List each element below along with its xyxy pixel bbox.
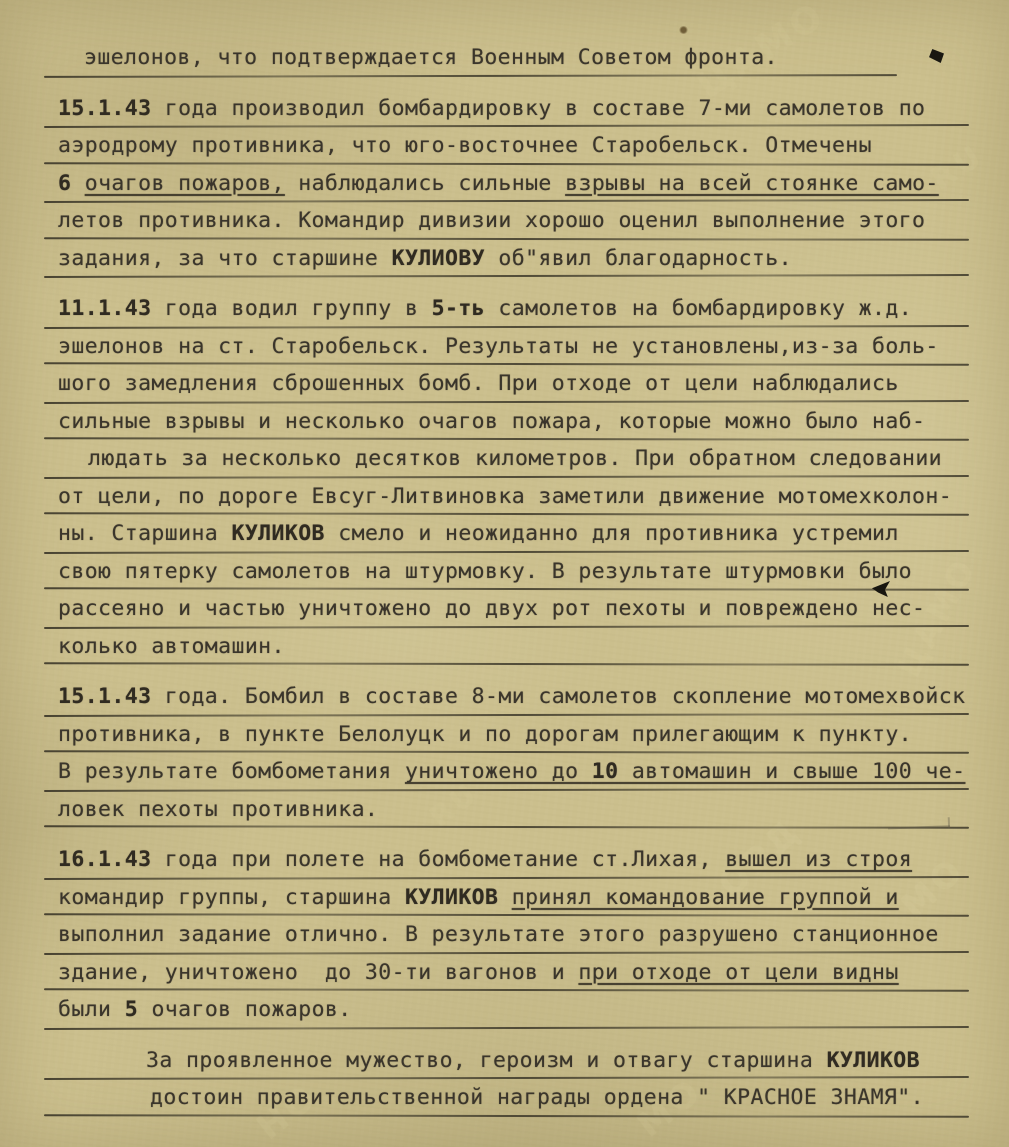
text-line: сильные взрывы и несколько очагов пожара… <box>58 406 967 444</box>
text-line: За проявленное мужество, героизм и отваг… <box>58 1045 967 1083</box>
text-segment: КУЛИКОВ <box>231 521 324 546</box>
text-segment: колько автомашин. <box>58 634 285 659</box>
text-segment: наблюдались сильные <box>285 171 565 196</box>
text-segment: 15.1.43 <box>58 684 151 709</box>
text-line: выполнил задание отлично. В результате э… <box>58 919 967 957</box>
text-line: 6 очагов пожаров, наблюдались сильные вз… <box>58 168 967 206</box>
text-segment: уничтожено до <box>405 759 592 784</box>
text-segment: шого замедления сброшенных бомб. При отх… <box>58 371 899 396</box>
text-segment: взрывы на всей стоянке само- <box>565 171 939 196</box>
text-segment: В результате бомбометания <box>58 759 405 784</box>
text-line: эшелонов, что подтверждается Военным Сов… <box>58 42 967 80</box>
text-segment: рассеяно и частью уничтожено до двух рот… <box>58 596 925 621</box>
text-line: 15.1.43 года. Бомбил в составе 8-ми само… <box>58 681 967 719</box>
text-line: были 5 очагов пожаров. <box>58 994 967 1032</box>
text-line: свою пятерку самолетов на штурмовку. В р… <box>58 556 967 594</box>
text-line: задания, за что старшине КУЛИОВУ об"явил… <box>58 243 967 281</box>
text-segment: автомашин и свыше 100 че- <box>618 759 965 784</box>
text-line: достоин правительственной награды ордена… <box>58 1082 967 1120</box>
text-segment: 5-ть <box>432 296 485 321</box>
text-segment: 5 <box>125 997 138 1022</box>
text-segment: КУЛИКОВ <box>827 1048 920 1073</box>
text-segment: сильные взрывы и несколько очагов пожара… <box>58 409 925 434</box>
text-segment: За проявленное мужество, героизм и отваг… <box>146 1048 827 1073</box>
text-line: командир группы, старшина КУЛИКОВ принял… <box>58 882 967 920</box>
text-segment <box>71 171 84 196</box>
text-segment: аэродрому противника, что юго-восточнее … <box>58 133 872 158</box>
text-line: 15.1.43 года производил бомбардировку в … <box>58 93 967 131</box>
text-segment: при отходе от цели видны <box>578 960 898 985</box>
text-line: летов противника. Командир дивизии хорош… <box>58 205 967 243</box>
text-segment: были <box>58 997 125 1022</box>
text-segment: эшелонов на ст. Старобельск. Результаты … <box>58 334 939 359</box>
text-segment: года водил группу в <box>151 296 431 321</box>
text-segment: КУЛИОВУ <box>392 246 485 271</box>
paragraph: эшелонов, что подтверждается Военным Сов… <box>58 42 967 80</box>
text-line: ловек пехоты противника. <box>58 794 967 832</box>
text-segment: задания, за что старшине <box>58 246 392 271</box>
text-segment: летов противника. Командир дивизии хорош… <box>58 208 925 233</box>
text-segment: выполнил задание отлично. В результате э… <box>58 922 939 947</box>
text-segment: ны. Старшина <box>58 521 231 546</box>
text-segment: об"явил благодарность. <box>485 246 792 271</box>
text-segment: людать за несколько десятков километров.… <box>88 446 942 471</box>
text-line: людать за несколько десятков километров.… <box>58 443 967 481</box>
text-segment: эшелонов, что подтверждается Военным Сов… <box>84 45 778 70</box>
text-segment: ловек пехоты противника. <box>58 797 378 822</box>
text-segment: 16.1.43 <box>58 847 151 872</box>
text-segment: очагов пожаров. <box>138 997 352 1022</box>
text-segment: очагов пожаров, <box>85 171 285 196</box>
text-line: ны. Старшина КУЛИКОВ смело и неожиданно … <box>58 518 967 556</box>
text-segment: здание, уничтожено до 30-ти вагонов и <box>58 960 578 985</box>
text-segment: года при полете на бомбометание ст.Лихая… <box>151 847 725 872</box>
text-line: шого замедления сброшенных бомб. При отх… <box>58 368 967 406</box>
text-line: В результате бомбометания уничтожено до … <box>58 756 967 794</box>
text-segment <box>498 885 511 910</box>
text-segment: командир группы, старшина <box>58 885 405 910</box>
paragraph: 15.1.43 года. Бомбил в составе 8-ми само… <box>58 681 967 831</box>
text-line: эшелонов на ст. Старобельск. Результаты … <box>58 331 967 369</box>
text-segment: КУЛИКОВ <box>405 885 498 910</box>
text-segment: вышел из строя <box>725 847 912 872</box>
text-line: здание, уничтожено до 30-ти вагонов и пр… <box>58 957 967 995</box>
text-segment: смело и неожиданно для противника устрем… <box>325 521 899 546</box>
paragraph: 16.1.43 года при полете на бомбометание … <box>58 844 967 1032</box>
text-segment: принял командование группой и <box>512 885 899 910</box>
text-line: 16.1.43 года при полете на бомбометание … <box>58 844 967 882</box>
text-segment: 15.1.43 <box>58 96 151 121</box>
paragraph: 11.1.43 года водил группу в 5-ть самолет… <box>58 293 967 668</box>
paragraph: За проявленное мужество, героизм и отваг… <box>58 1045 967 1120</box>
text-line: противника, в пункте Белолуцк и по дорог… <box>58 719 967 757</box>
text-line: рассеяно и частью уничтожено до двух рот… <box>58 593 967 631</box>
text-segment: свою пятерку самолетов на штурмовку. В р… <box>58 559 912 584</box>
text-line: 11.1.43 года водил группу в 5-ть самолет… <box>58 293 967 331</box>
text-segment: года производил бомбардировку в составе … <box>151 96 925 121</box>
scanned-document-page: { "colors": { "paper": "#cbbf8d", "ink":… <box>0 0 1009 1147</box>
paragraph: 15.1.43 года производил бомбардировку в … <box>58 93 967 281</box>
text-segment: 6 <box>58 171 71 196</box>
document-body: эшелонов, что подтверждается Военным Сов… <box>0 0 1009 1120</box>
text-line: колько автомашин. <box>58 631 967 669</box>
text-segment: 11.1.43 <box>58 296 151 321</box>
text-line: от цели, по дороге Евсуг-Литвиновка заме… <box>58 481 967 519</box>
text-segment: 10 <box>592 759 619 784</box>
text-segment: самолетов на бомбардировку ж.д. <box>485 296 912 321</box>
text-line: аэродрому противника, что юго-восточнее … <box>58 130 967 168</box>
text-segment: от цели, по дороге Евсуг-Литвиновка заме… <box>58 484 952 509</box>
text-segment: достоин правительственной награды ордена… <box>150 1085 924 1110</box>
text-segment: года. Бомбил в составе 8-ми самолетов ск… <box>151 684 965 709</box>
text-segment: противника, в пункте Белолуцк и по дорог… <box>58 722 912 747</box>
